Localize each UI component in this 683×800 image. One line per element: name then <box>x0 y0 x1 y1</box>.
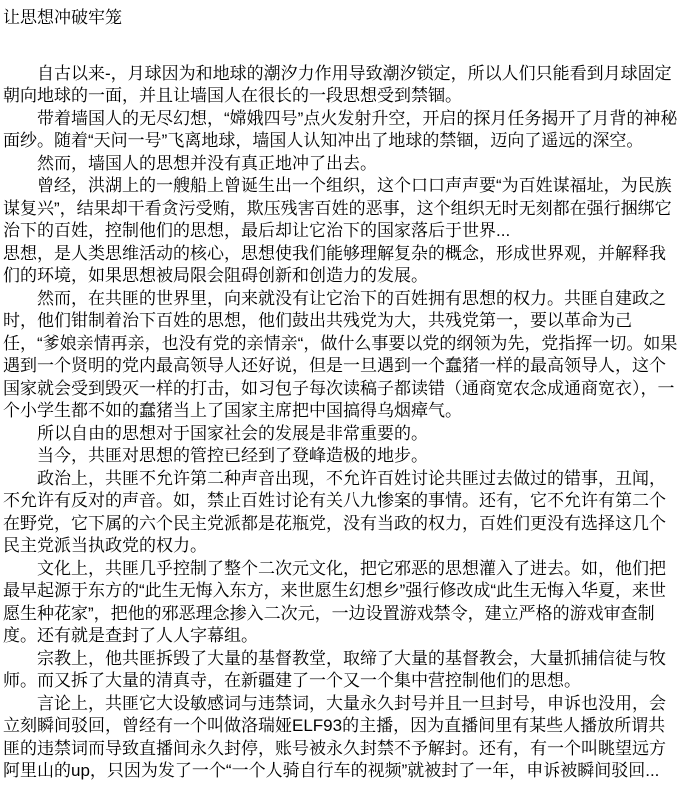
paragraph: 政治上，共匪不允许第二种声音出现，不允许百姓讨论共匪过去做过的错事，丑闻，不允许… <box>3 468 682 558</box>
paragraph: 宗教上，他共匪拆毁了大量的基督教堂，取缔了大量的基督教会，大量抓捕信徒与牧师。而… <box>3 648 682 693</box>
paragraph: 所以自由的思想对于国家社会的发展是非常重要的。 <box>3 423 682 446</box>
paragraph: 自古以来-，月球因为和地球的潮汐力作用导致潮汐锁定，所以人们只能看到月球固定朝向… <box>3 63 682 108</box>
paragraph: 言论上，共匪它大设敏感词与违禁词，大量永久封号并且一旦封号，申诉也没用，会立刻瞬… <box>3 693 682 783</box>
paragraph: 当今，共匪对思想的管控已经到了登峰造极的地步。 <box>3 445 682 468</box>
paragraph: 文化上，共匪几乎控制了整个二次元文化，把它邪恶的思想灌入了进去。如，他们把最早起… <box>3 558 682 648</box>
document-title: 让思想冲破牢笼 <box>3 7 682 30</box>
document-body: 自古以来-，月球因为和地球的潮汐力作用导致潮汐锁定，所以人们只能看到月球固定朝向… <box>3 63 682 783</box>
paragraph: 曾经，洪湖上的一艘船上曾诞生出一个组织，这个口口声声要“为百姓谋福址，为民族谋复… <box>3 175 682 243</box>
paragraph: 然而，墙国人的思想并没有真正地冲了出去。 <box>3 153 682 176</box>
paragraph: 然而，在共匪的世界里，向来就没有让它治下的百姓拥有思想的权力。共匪自建政之时，他… <box>3 288 682 423</box>
text-document: 让思想冲破牢笼 自古以来-，月球因为和地球的潮汐力作用导致潮汐锁定，所以人们只能… <box>0 0 683 800</box>
paragraph: 思想，是人类思维活动的核心，思想使我们能够理解复杂的概念，形成世界观，并解释我们… <box>3 243 682 288</box>
paragraph: 带着墙国人的无尽幻想，“嫦娥四号”点火发射升空，开启的探月任务揭开了月背的神秘面… <box>3 108 682 153</box>
